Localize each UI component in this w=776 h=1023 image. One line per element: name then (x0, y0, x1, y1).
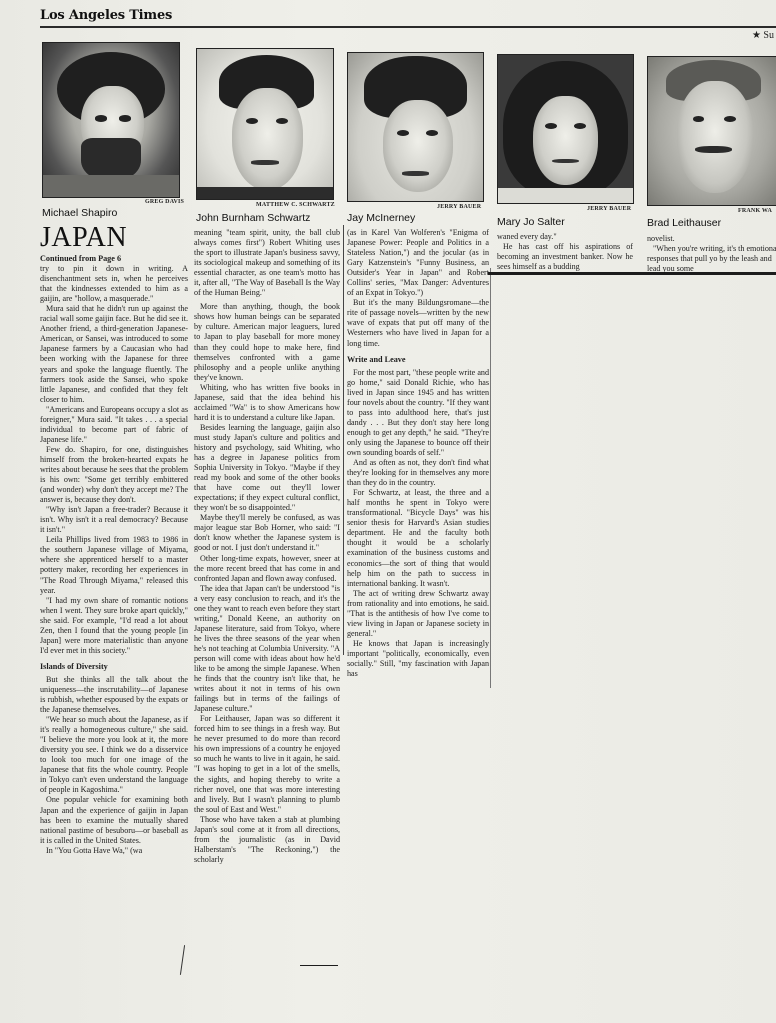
author-name: Brad Leithauser (647, 217, 721, 229)
article-column-2: meaning "team spirit, unity, the ball cl… (194, 228, 340, 865)
paragraph: The act of writing drew Schwartz away fr… (347, 589, 489, 639)
article-column-1: Continued from Page 6 try to pin it down… (40, 254, 188, 856)
paragraph: meaning "team spirit, unity, the ball cl… (194, 228, 340, 298)
paragraph: He knows that Japan is increasingly impo… (347, 639, 489, 679)
paragraph: (as in Karel Van Wolferen's "Enigma of J… (347, 228, 489, 298)
photo-credit: MATTHEW C. SCHWARTZ (256, 202, 335, 208)
paragraph: In "You Gotta Have Wa," (wa (40, 846, 188, 856)
subhead: Islands of Diversity (40, 662, 188, 672)
photo-credit: FRANK WA (738, 208, 772, 214)
newspaper-page: Los Angeles Times ★ Su GREG DAVIS Michae… (0, 0, 776, 1023)
photo-credit: JERRY BAUER (587, 206, 631, 212)
article-column-5: novelist. "When you're writing, it's th … (647, 234, 776, 274)
author-photo-schwartz (196, 48, 334, 200)
author-photo-leithauser (647, 56, 776, 206)
paragraph: "I had my own share of romantic notions … (40, 596, 188, 656)
paragraph: Those who have taken a stab at plumbing … (194, 815, 340, 865)
paragraph: And as often as not, they don't find wha… (347, 458, 489, 488)
paragraph: Few do. Shapiro, for one, distinguishes … (40, 445, 188, 505)
paragraph: But she thinks all the talk about the un… (40, 675, 188, 715)
paragraph: waned every day." (497, 232, 633, 242)
author-name: Mary Jo Salter (497, 216, 565, 228)
paragraph: He has cast off his aspirations of becom… (497, 242, 633, 272)
continued-from-label: Continued from Page 6 (40, 254, 188, 264)
paragraph: For the most part, "these people write a… (347, 368, 489, 458)
masthead: Los Angeles Times (40, 8, 172, 23)
author-name: Michael Shapiro (42, 207, 117, 219)
author-photo-mcinerney (347, 52, 484, 202)
photo-credit: JERRY BAUER (437, 204, 481, 210)
author-name: Jay McInerney (347, 212, 415, 224)
paragraph: novelist. (647, 234, 776, 244)
paragraph: Whiting, who has written five books in J… (194, 383, 340, 423)
paragraph: Other long-time expats, however, sneer a… (194, 554, 340, 584)
paragraph: One popular vehicle for examining both J… (40, 795, 188, 845)
author-photo-shapiro (42, 42, 180, 198)
column-rule (343, 225, 344, 655)
masthead-rule (40, 26, 776, 28)
paragraph: But it's the many Bildungsromane—the rit… (347, 298, 489, 348)
article-column-4: waned every day." He has cast off his as… (497, 232, 633, 272)
paragraph: Leila Phillips lived from 1983 to 1986 i… (40, 535, 188, 595)
paragraph: More than anything, though, the book sho… (194, 302, 340, 382)
paragraph: The idea that Japan can't be understood … (194, 584, 340, 715)
section-divider-rule (488, 272, 776, 275)
photo-credit: GREG DAVIS (145, 199, 184, 205)
author-photo-salter (497, 54, 634, 204)
paragraph: "We hear so much about the Japanese, as … (40, 715, 188, 795)
column-rule (490, 268, 491, 688)
subhead: Write and Leave (347, 355, 489, 365)
column-end-rule (300, 965, 338, 966)
paragraph: Besides learning the language, gaijin al… (194, 423, 340, 513)
paragraph: Maybe they'll merely be confused, as was… (194, 513, 340, 553)
paragraph: "When you're writing, it's th emotional … (647, 244, 776, 274)
column-rule (180, 945, 185, 975)
author-name: John Burnham Schwartz (196, 212, 310, 224)
paragraph: "Why isn't Japan a free-trader? Because … (40, 505, 188, 535)
paragraph: "Americans and Europeans occupy a slot a… (40, 405, 188, 445)
paragraph: Mura said that he didn't run up against … (40, 304, 188, 404)
paragraph: For Leithauser, Japan was so different i… (194, 714, 340, 814)
paragraph: try to pin it down in writing. A disench… (40, 264, 188, 304)
article-column-3: (as in Karel Van Wolferen's "Enigma of J… (347, 228, 489, 679)
section-marker: ★ Su (752, 30, 774, 41)
paragraph: For Schwartz, at least, the three and a … (347, 488, 489, 588)
article-headline: JAPAN (40, 222, 127, 254)
